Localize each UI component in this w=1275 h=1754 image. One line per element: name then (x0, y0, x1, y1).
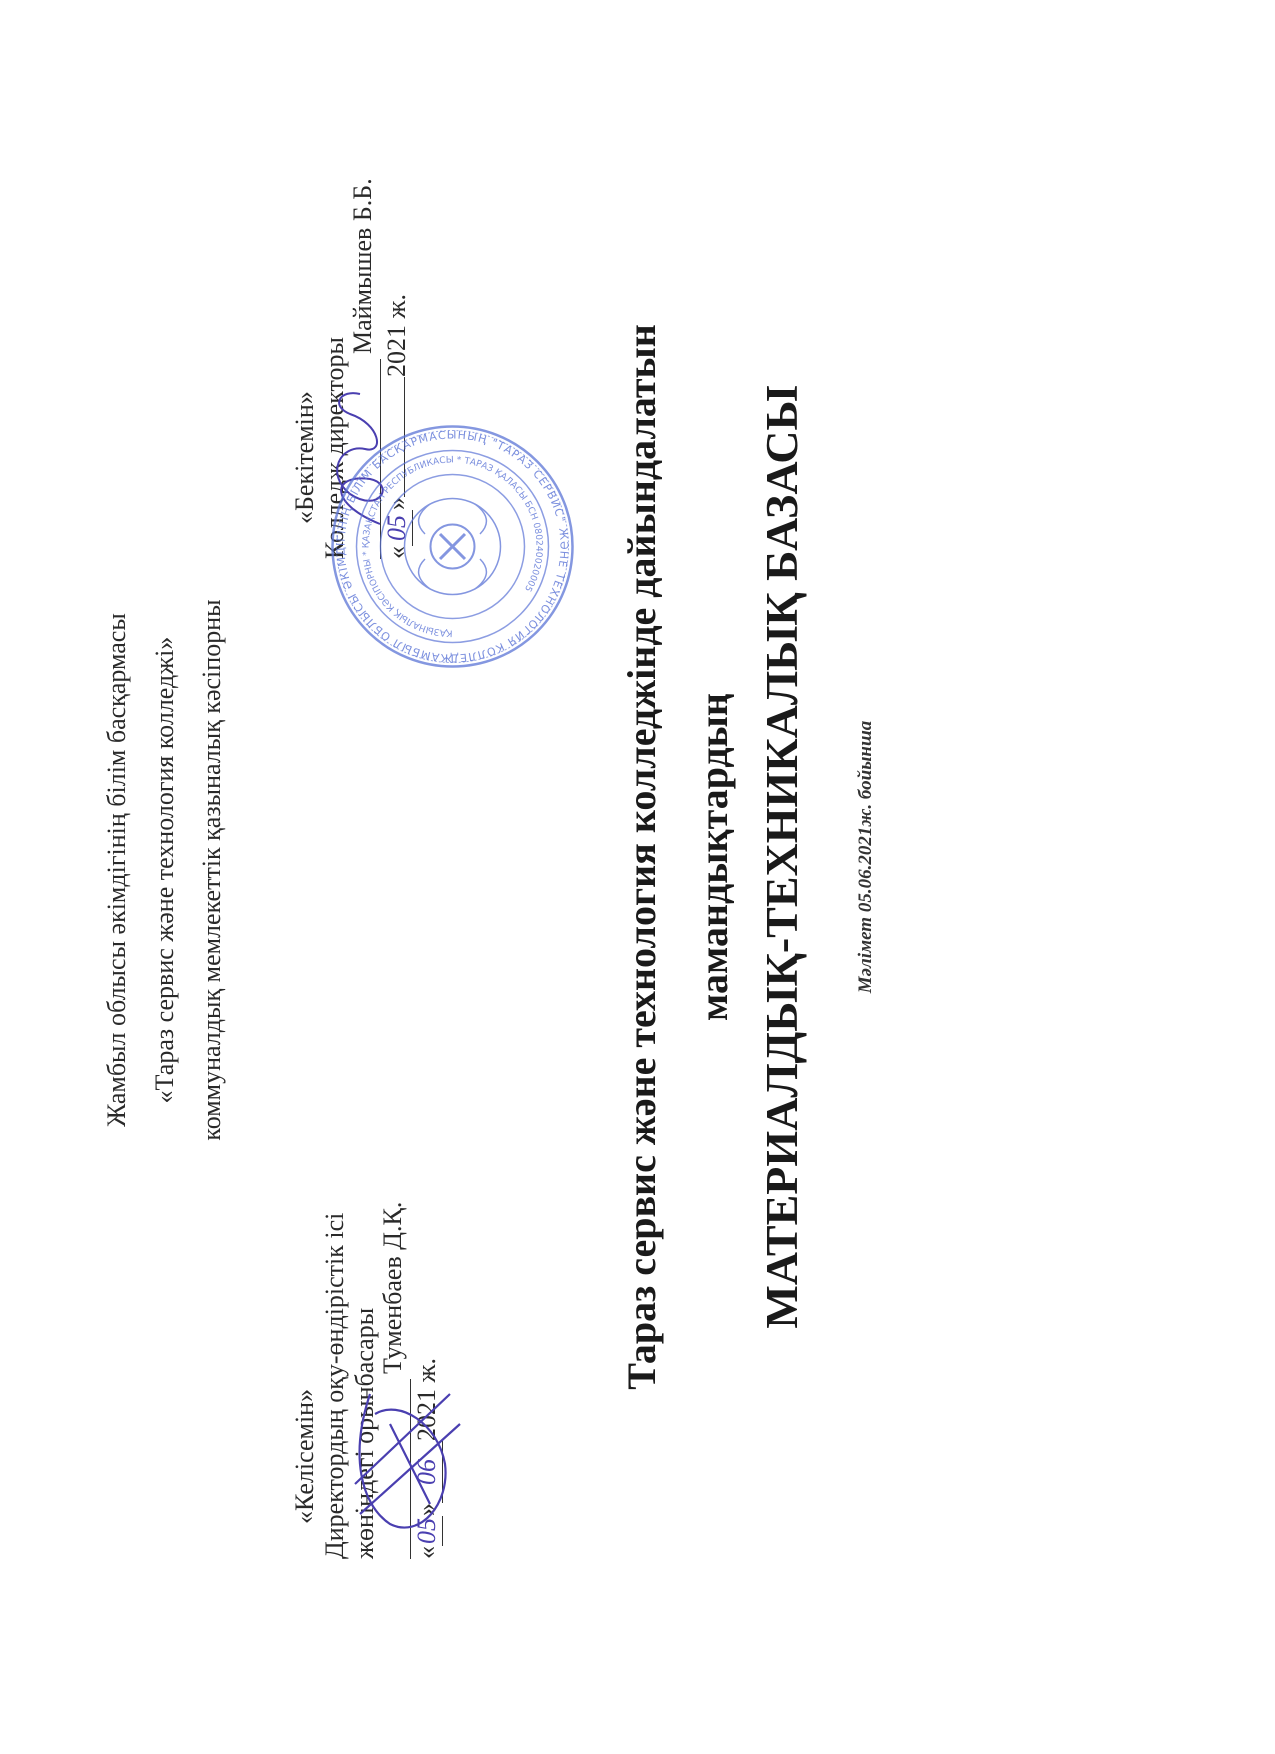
title-line-2: мамандықтардың (690, 0, 737, 1754)
agreed-date-open-quote: « (412, 1546, 441, 1559)
subtitle-date-note: Мәлімет 05.06.2021ж. бойынша (855, 0, 877, 1754)
header-line-2: «Тараз сервис және технология колледжі» (150, 0, 180, 1754)
title-line-3: МАТЕРИАЛДЫҚ-ТЕХНИКАЛЫҚ БАЗАСЫ (755, 0, 808, 1754)
agreed-block: «Келісемін» Директордың оқу-өндірістік і… (290, 1134, 450, 1564)
agreed-name: Туменбаев Д.Қ. (378, 1202, 408, 1374)
stamp-emblem-icon (405, 499, 501, 595)
official-stamp: ЖАМБЫЛ ОБЛЫСЫ ӘКІМДІГІНІҢ БІЛІМ БАСҚАРМА… (330, 424, 575, 669)
agreed-signature (330, 1364, 470, 1544)
agreed-heading: «Келісемін» (290, 1389, 320, 1524)
header-line-1: Жамбыл облысы әкімдігінің білім басқарма… (102, 0, 132, 1754)
header-line-3: коммуналдық мемлекеттік қазыналық кәсіпо… (197, 0, 227, 1754)
title-line-1: Тараз сервис және технология колледжінде… (618, 0, 665, 1754)
document-page: Жамбыл облысы әкімдігінің білім басқарма… (0, 0, 1275, 1754)
approved-date-year: 2021 ж. (382, 294, 411, 377)
approved-name: Маймышев Б.Б. (348, 178, 378, 354)
